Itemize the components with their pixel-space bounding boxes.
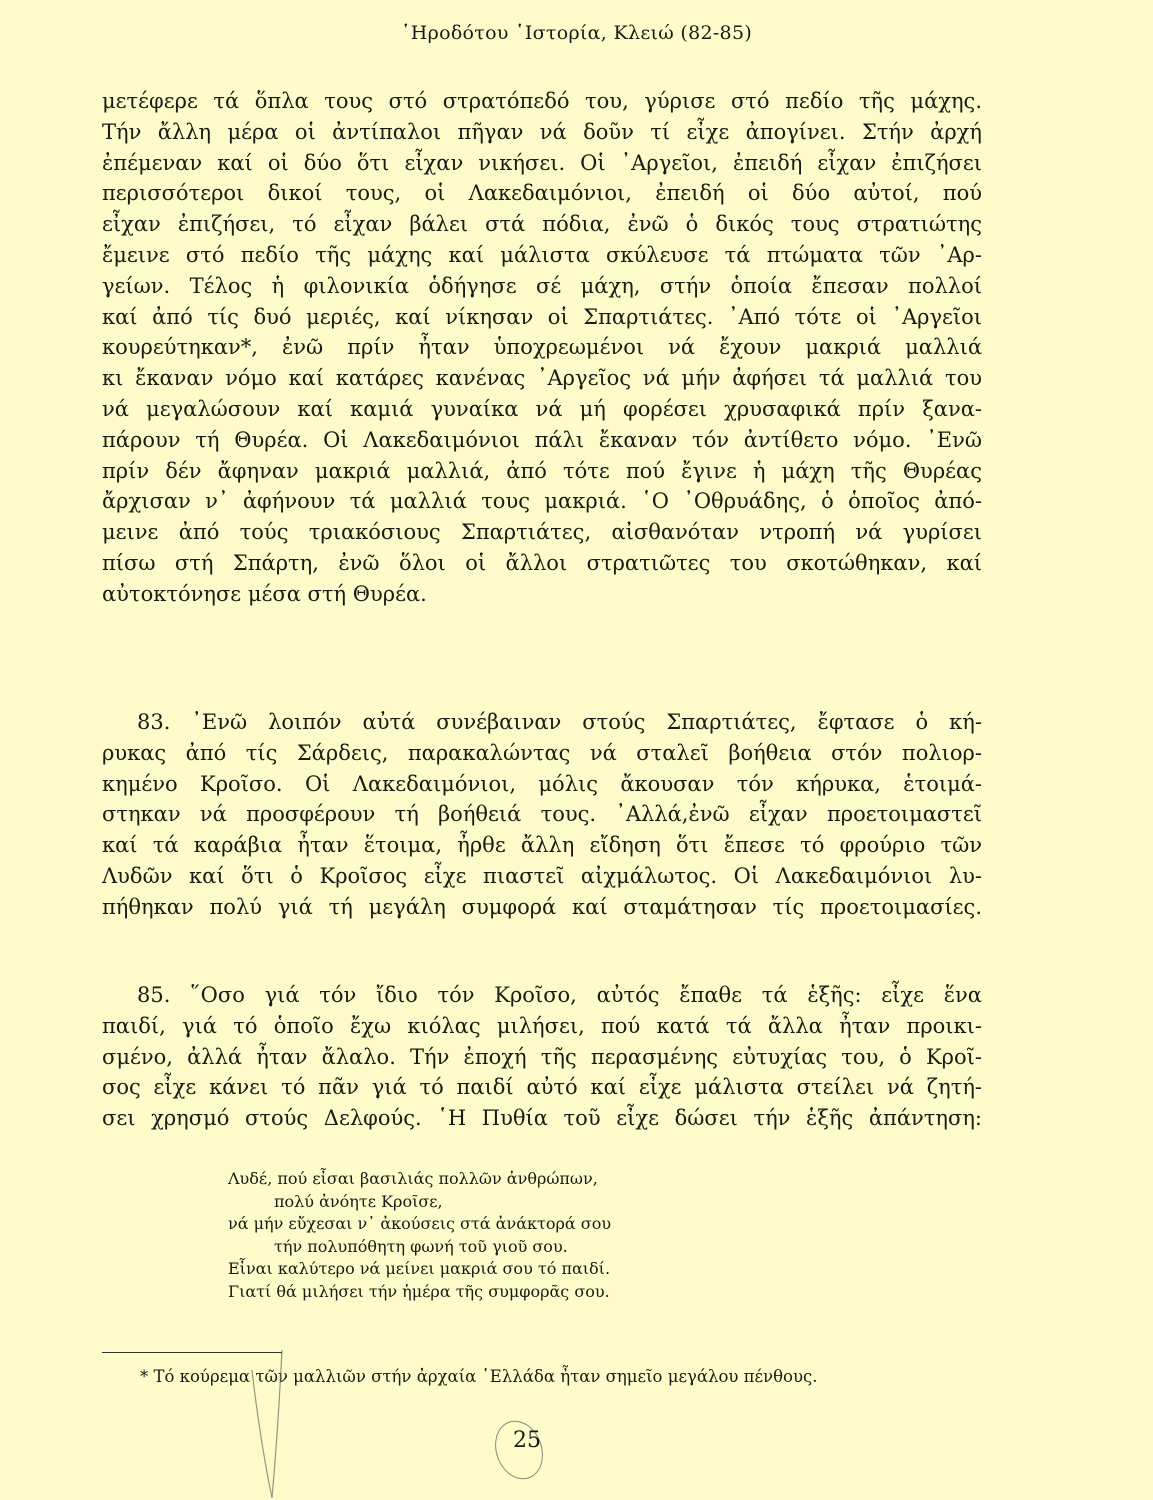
text-line: σμένο, ἀλλά ἦταν ἄλαλο. Τήν ἐποχή τῆς πε… [102,1042,982,1073]
text-line: σος εἶχε κάνει τό πᾶν γιά τό παιδί αὐτό … [102,1072,982,1103]
text-line: αὐτοκτόνησε μέσα στή Θυρέα. [102,579,982,610]
text-line: μεινε ἀπό τούς τριακόσιους Σπαρτιάτες, α… [102,517,982,548]
text-line: ᾿Ενῶ λοιπόν αὐτά συνέβαιναν στούς Σπαρτι… [191,710,982,734]
text-line-first: 85. ῞Οσο γιά τόν ἴδιο τόν Κροῖσο, αὐτός … [102,980,982,1011]
text-line: ἐπέμεναν καί οἱ δύο ὅτι εἶχαν νικήσει. Ο… [102,148,982,179]
text-line: καί τά καράβια ἦταν ἕτοιμα, ἦρθε ἄλλη εἴ… [102,830,982,861]
text-line: Λυδῶν καί ὅτι ὁ Κροῖσος εἶχε πιαστεῖ αἰχ… [102,861,982,892]
text-line: Τήν ἄλλη μέρα οἱ ἀντίπαλοι πῆγαν νά δοῦν… [102,117,982,148]
text-line: στηκαν νά προσφέρουν τή βοήθειά τους. ᾿Α… [102,799,982,830]
text-line: γείων. Τέλος ἡ φιλονικία ὁδήγησε σέ μάχη… [102,271,982,302]
paragraph-85: 85. ῞Οσο γιά τόν ἴδιο τόν Κροῖσο, αὐτός … [102,980,982,1134]
text-line: περισσότεροι δικοί τους, οἱ Λακεδαιμόνιο… [102,178,982,209]
verse-line: πολύ ἀνόητε Κροῖσε, [228,1191,788,1214]
paragraph-83: 83. ᾿Ενῶ λοιπόν αὐτά συνέβαιναν στούς Σπ… [102,707,982,923]
paragraph-82-continued: μετέφερε τά ὅπλα τους στό στρατόπεδό του… [102,86,982,610]
text-line-first: 83. ᾿Ενῶ λοιπόν αὐτά συνέβαιναν στούς Σπ… [102,707,982,738]
text-line: κημένο Κροῖσο. Οἱ Λακεδαιμόνιοι, μόλις ἄ… [102,769,982,800]
verse-line: τήν πολυπόθητη φωνή τοῦ γιοῦ σου. [228,1236,788,1259]
text-line: μετέφερε τά ὅπλα τους στό στρατόπεδό του… [102,86,982,117]
running-header: ῾Ηροδότου ῾Ιστορία, Κλειώ (82-85) [0,22,1153,44]
text-line: εἶχαν ἐπιζήσει, τό εἶχαν βάλει στά πόδια… [102,209,982,240]
text-line: ρυκας ἀπό τίς Σάρδεις, παρακαλώντας νά σ… [102,738,982,769]
verse-line: Εἶναι καλύτερο νά μείνει μακριά σου τό π… [228,1258,788,1281]
text-line: πήθηκαν πολύ γιά τή μεγάλη συμφορά καί σ… [102,892,982,923]
text-line: πρίν δέν ἄφηναν μακριά μαλλιά, ἀπό τότε … [102,456,982,487]
paragraph-number: 85. [137,983,170,1007]
verse-line: νά μήν εὔχεσαι ν᾿ ἀκούσεις στά ἀνάκτορά … [228,1213,788,1236]
text-line: παιδί, γιά τό ὁποῖο ἔχω κιόλας μιλήσει, … [102,1011,982,1042]
footnote: * Τό κούρεμα τῶν μαλλιῶν στήν ἀρχαία ῾Ελ… [140,1367,817,1386]
text-line: πίσω στή Σπάρτη, ἐνῶ ὅλοι οἱ ἄλλοι στρατ… [102,548,982,579]
text-line: σει χρησμό στούς Δελφούς. ῾Η Πυθία τοῦ ε… [102,1103,982,1134]
footnote-marker: * [140,1367,148,1386]
text-line: κι ἔκαναν νόμο καί κατάρες κανένας ᾿Αργε… [102,363,982,394]
text-line: ἔμεινε στό πεδίο τῆς μάχης καί μάλιστα σ… [102,240,982,271]
text-line: καί ἀπό τίς δυό μεριές, καί νίκησαν οἱ Σ… [102,302,982,333]
text-line: πάρουν τή Θυρέα. Οἱ Λακεδαιμόνιοι πάλι ἔ… [102,425,982,456]
text-line: ἄρχισαν ν᾿ ἀφήνουν τά μαλλιά τους μακριά… [102,486,982,517]
text-line: νά μεγαλώσουν καί καμιά γυναίκα νά μή φο… [102,394,982,425]
paragraph-number: 83. [137,710,170,734]
page-number: 25 [510,1428,544,1453]
text-line: ῞Οσο γιά τόν ἴδιο τόν Κροῖσο, αὐτός ἔπαθ… [190,983,982,1007]
pencil-mark-icon [250,1350,290,1500]
verse-line: Λυδέ, πού εἶσαι βασιλιάς πολλῶν ἀνθρώπων… [228,1168,788,1191]
text-line: κουρεύτηκαν*, ἐνῶ πρίν ἦταν ὑποχρεωμένοι… [102,332,982,363]
verse-line: Γιατί θά μιλήσει τήν ἡμέρα τῆς συμφορᾶς … [228,1281,788,1304]
oracle-verse: Λυδέ, πού εἶσαι βασιλιάς πολλῶν ἀνθρώπων… [228,1168,788,1303]
